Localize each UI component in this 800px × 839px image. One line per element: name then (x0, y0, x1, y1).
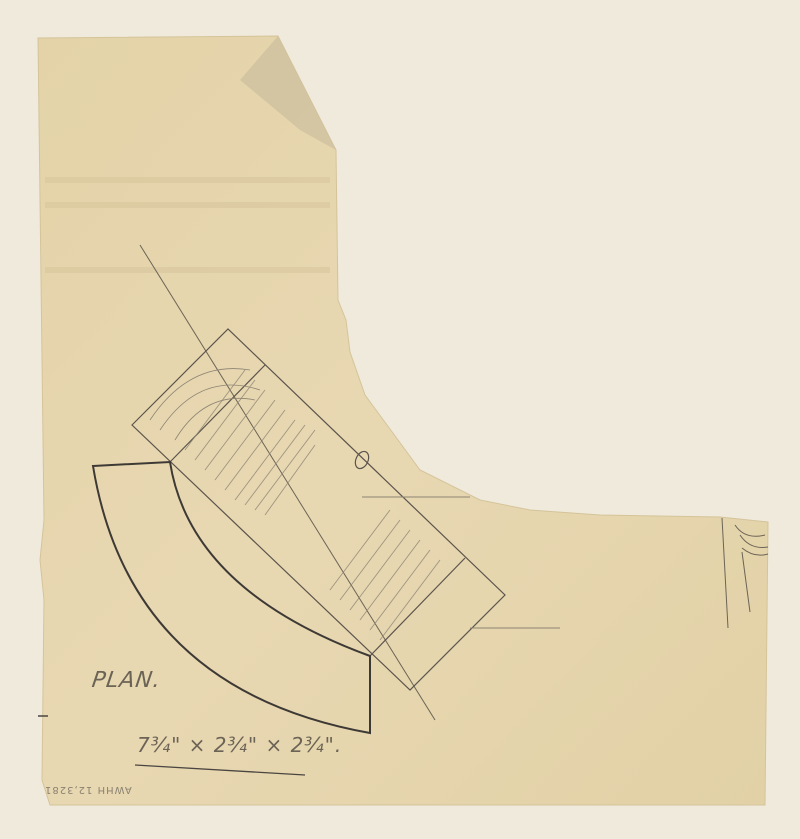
drawing-sheet (0, 0, 800, 839)
inventory-reference: AWHH 12,3281 (44, 784, 132, 795)
plan-label: PLAN. (90, 668, 163, 693)
dimensions-label: 7¾" × 2¾" × 2¾". (137, 733, 342, 757)
